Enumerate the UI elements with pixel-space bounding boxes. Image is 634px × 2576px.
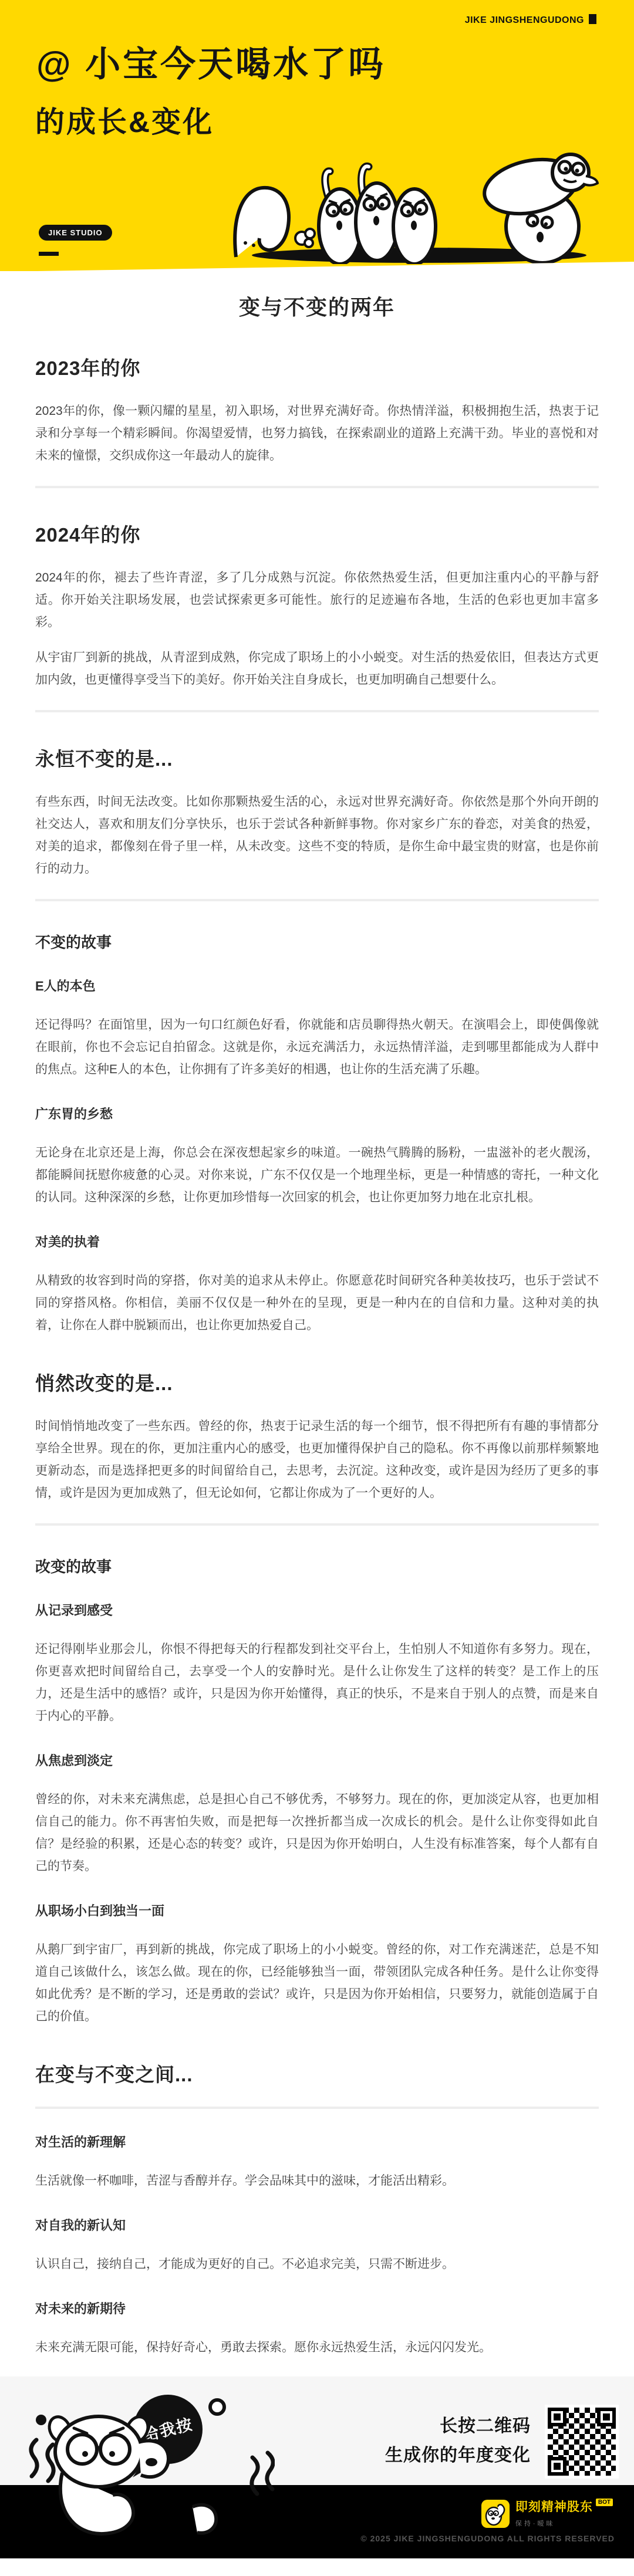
qr-finder-topleft xyxy=(548,2408,566,2426)
article-body: 变与不变的两年 2023年的你 2023年的你，像一颗闪耀的星星，初入职场，对世… xyxy=(35,293,599,2376)
paragraph: 2024年的你，褪去了些许青涩，多了几分成熟与沉淀。你依然热爱生活，但更加注重内… xyxy=(35,567,599,634)
subsection-heading-record-to-feel: 从记录到感受 xyxy=(35,1602,599,1620)
studio-dash-decor xyxy=(39,252,59,256)
subsection-heading-rookie-to-leader: 从职场小白到独当一面 xyxy=(35,1902,599,1920)
brand-logo-icon xyxy=(481,2500,510,2528)
bot-badge: BOT xyxy=(596,2499,613,2506)
brand-wordmark: JIKE JINGSHENGUDONG xyxy=(465,14,596,26)
paragraph: 还记得刚毕业那会儿，你恨不得把每天的行程都发到社交平台上，生怕别人不知道你有多努… xyxy=(35,1638,599,1728)
section-divider xyxy=(35,710,599,712)
subsection-heading-future: 对未来的新期待 xyxy=(35,2300,599,2318)
header-characters-illustration xyxy=(214,140,601,264)
share-page: JIKE JINGSHENGUDONG @ 小宝今天喝水了吗 的成长&变化 JI… xyxy=(0,0,634,2558)
section-heading-unchanged-stories: 不变的故事 xyxy=(35,932,599,953)
cta-line1: 长按二维码 xyxy=(385,2412,531,2441)
subsection-heading-beauty: 对美的执着 xyxy=(35,1233,599,1251)
paragraph: 生活就像一杯咖啡，苦涩与香醇并存。学会品味其中的滋味，才能活出精彩。 xyxy=(35,2170,599,2192)
qr-finder-bottomleft xyxy=(548,2457,566,2476)
startled-characters xyxy=(319,183,436,264)
subsection-heading-life: 对生活的新理解 xyxy=(35,2134,599,2151)
footer-mascot-illustration: 给我按 xyxy=(16,2392,275,2542)
page-title: 变与不变的两年 xyxy=(35,293,599,322)
paragraph: 从宇宙厂到新的挑战，从青涩到成熟，你完成了职场上的小小蜕变。对生活的热爱依旧，但… xyxy=(35,647,599,691)
subsection-heading-e-person: E人的本色 xyxy=(35,978,599,995)
paragraph: 还记得吗？在面馆里，因为一句口红颜色好看，你就能和店员聊得热火朝天。在演唱会上，… xyxy=(35,1014,599,1081)
brand-logo-lockup: 即刻精神股东 BOT 保持·暧昧 xyxy=(481,2500,613,2528)
section-divider xyxy=(35,899,599,901)
section-heading-change-stories: 改变的故事 xyxy=(35,1556,599,1577)
header-title-line2: 的成长&变化 xyxy=(35,99,214,141)
brand-block-icon xyxy=(589,14,596,24)
qr-finder-topright xyxy=(597,2408,616,2426)
qr-code[interactable] xyxy=(545,2405,619,2479)
section-divider xyxy=(35,2107,599,2109)
arch-character xyxy=(235,188,289,257)
pile-characters xyxy=(480,151,598,263)
subsection-heading-guangdong: 广东胃的乡愁 xyxy=(35,1106,599,1123)
paragraph: 认识自己，接纳自己，才能成为更好的自己。不必追求完美，只需不断进步。 xyxy=(35,2253,599,2276)
paragraph: 2023年的你，像一颗闪耀的星星，初入职场，对世界充满好奇。你热情洋溢，积极拥抱… xyxy=(35,400,599,467)
copyright-text: © 2025 JIKE JINGSHENGUDONG ALL RIGHTS RE… xyxy=(360,2534,615,2543)
paragraph: 有些东西，时间无法改变。比如你那颗热爱生活的心，永远对世界充满好奇。你依然是那个… xyxy=(35,791,599,880)
paragraph: 无论身在北京还是上海，你总会在深夜想起家乡的味道。一碗热气腾腾的肠粉，一盅滋补的… xyxy=(35,1142,599,1209)
paragraph: 未来充满无限可能，保持好奇心，勇敢去探索。愿你永远热爱生活，永远闪闪发光。 xyxy=(35,2337,599,2359)
subsection-heading-anxiety-to-calm: 从焦虑到淡定 xyxy=(35,1752,599,1770)
brand-text: JIKE JINGSHENGUDONG xyxy=(465,15,584,25)
studio-badge: JIKE STUDIO xyxy=(39,225,112,241)
section-divider xyxy=(35,1523,599,1526)
brand-logo-name: 即刻精神股东 xyxy=(515,2500,593,2515)
section-divider xyxy=(35,486,599,488)
paragraph: 从鹅厂到宇宙厂，再到新的挑战，你完成了职场上的小小蜕变。曾经的你，对工作充满迷茫… xyxy=(35,1939,599,2028)
section-heading-unchanged: 永恒不变的是... xyxy=(35,746,599,772)
header-title-line1: @ 小宝今天喝水了吗 xyxy=(36,36,386,87)
section-heading-quietly-changed: 悄然改变的是... xyxy=(35,1371,599,1397)
paragraph: 从精致的妆容到时尚的穿搭，你对美的追求从未停止。你愿意花时间研究各种美妆技巧，也… xyxy=(35,1270,599,1337)
cta-line2: 生成你的年度变化 xyxy=(385,2441,531,2470)
cta-text: 长按二维码 生成你的年度变化 xyxy=(385,2412,531,2470)
subsection-heading-self: 对自我的新认知 xyxy=(35,2217,599,2234)
section-heading-2024: 2024年的你 xyxy=(35,522,599,548)
brand-logo-subtitle: 保持·暧昧 xyxy=(515,2518,613,2528)
qr-pattern xyxy=(548,2408,616,2476)
header-banner: JIKE JINGSHENGUDONG @ 小宝今天喝水了吗 的成长&变化 JI… xyxy=(0,0,634,271)
footer: 给我按 长按二维码 生成你的年度变化 xyxy=(0,2376,634,2558)
section-heading-between: 在变与不变之间... xyxy=(35,2062,599,2088)
puff-cloud xyxy=(295,229,315,247)
section-heading-2023: 2023年的你 xyxy=(35,356,599,381)
paragraph: 曾经的你，对未来充满焦虑，总是担心自己不够优秀，不够努力。现在的你，更加淡定从容… xyxy=(35,1789,599,1878)
paragraph: 时间悄悄地改变了一些东西。曾经的你，热衷于记录生活的每一个细节，恨不得把所有有趣… xyxy=(35,1415,599,1505)
